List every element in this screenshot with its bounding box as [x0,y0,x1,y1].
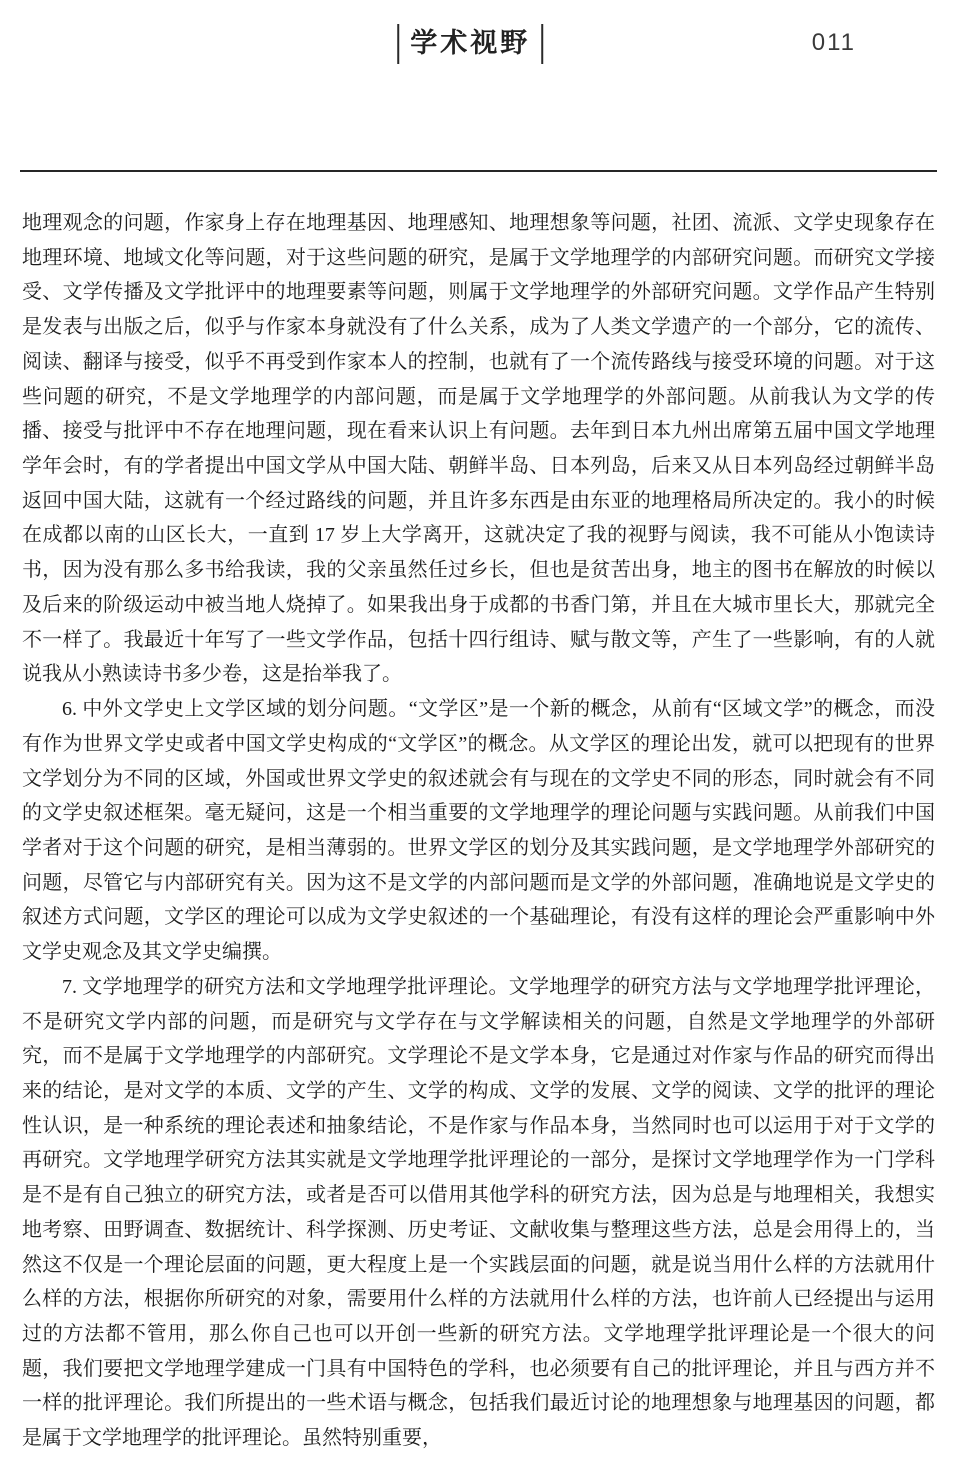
body-text: 地理观念的问题，作家身上存在地理基因、地理感知、地理想象等问题，社团、流派、文学… [22,206,935,1456]
page-header: 学术视野 011 [0,24,958,76]
scanned-book-page: { "header": { "section_title": "学术视野", "… [0,0,958,1476]
paragraph-continuation: 地理观念的问题，作家身上存在地理基因、地理感知、地理想象等问题，社团、流派、文学… [22,206,935,692]
page-number: 011 [812,29,856,57]
section-title: 学术视野 [397,24,543,64]
paragraph-item-6: 6. 中外文学史上文学区域的划分问题。“文学区”是一个新的概念，从前有“区域文学… [22,692,935,970]
header-divider-line [20,170,937,172]
paragraph-item-7: 7. 文学地理学的研究方法和文学地理学批评理论。文学地理学的研究方法与文学地理学… [22,970,935,1456]
